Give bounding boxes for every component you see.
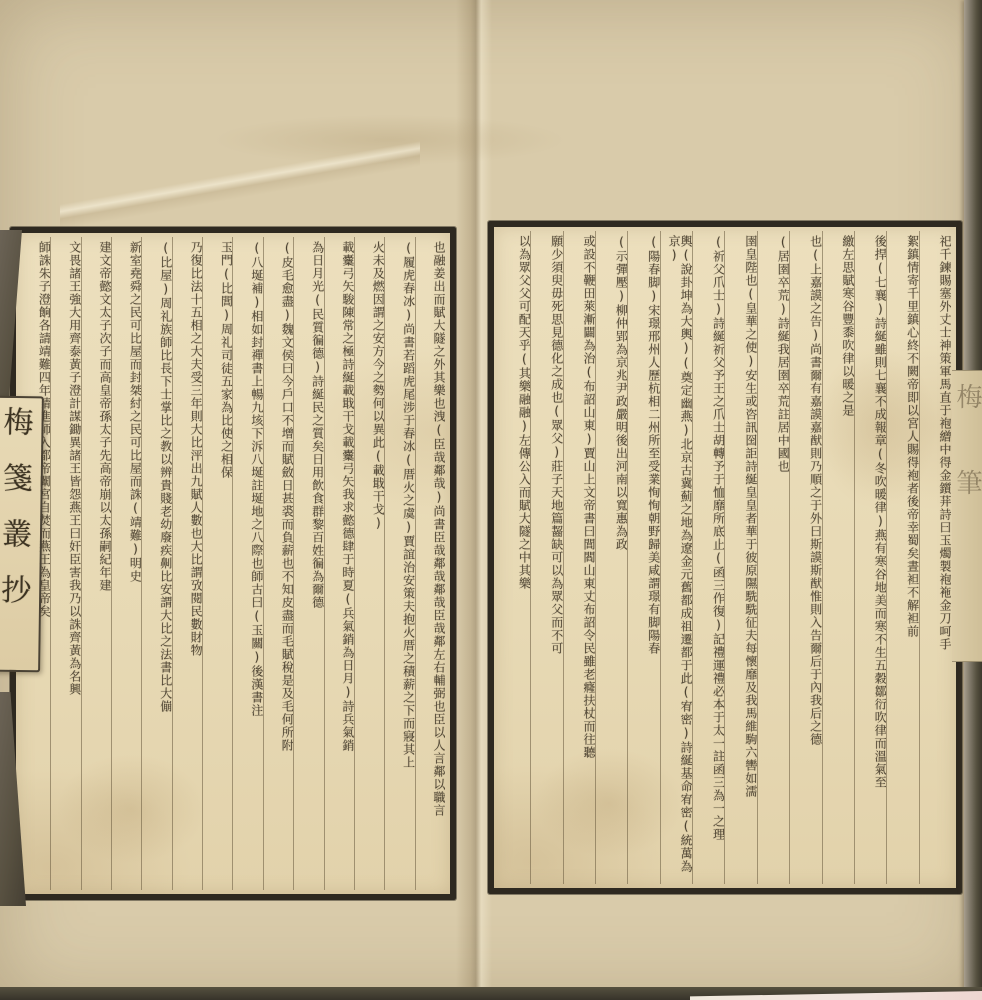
underpage-label-slip: 梅筆 xyxy=(952,370,982,662)
left-page-text-block: 也融姜出而賦大隧之外其樂也洩(臣哉鄰哉)尚書臣哉鄰哉鄰哉臣哉鄰左右輔弼也臣以人言… xyxy=(21,237,445,890)
text-column: (皮毛愈盡)魏文侯曰今戶口不增而賦斂日甚裘而負薪也不知皮盡而毛賦稅是及毛何所附 xyxy=(263,237,293,890)
text-column: 乃復比法十五相之大夫受三年則大比泙出九賦人數也大比謂攷閱民數財物 xyxy=(172,237,202,890)
book-scan: 祀千鍊賜塞外丈士神策軍馬直于袍繒中得金鑕荓詩曰玉燭製袍袘金刀呵手 絮鎮情寄千里鎮… xyxy=(0,0,982,1000)
text-column: 建文帝懿文太子次子而高皇帝孫太子先高帝崩以太孫嗣紀年建 xyxy=(81,237,111,890)
paper-crease xyxy=(60,120,420,240)
text-column: 載櫜弓矢駿陳常之極詩綖載戢干戈載櫜弓矢我求懿德肆于時夏(兵氣銷為日月)詩兵氣銷 xyxy=(324,237,354,890)
text-column: 輿(說卦坤為大輿)(奠定幽燕)北京古冀薊之地為遼金元舊都成祖遷都于此(宥密)詩綖… xyxy=(660,231,692,884)
title-label-slip: 梅箋叢抄 xyxy=(0,396,44,673)
text-column: (示彈壓)柳仲郢為京兆尹政嚴明後出河南以寬惠為政 xyxy=(595,231,627,884)
right-page: 祀千鍊賜塞外丈士神策軍馬直于袍繒中得金鑕荓詩曰玉燭製袍袘金刀呵手 絮鎮情寄千里鎮… xyxy=(488,221,962,894)
text-column: 也融姜出而賦大隧之外其樂也洩(臣哉鄰哉)尚書臣哉鄰哉鄰哉臣哉鄰左右輔弼也臣以人言… xyxy=(415,237,445,890)
text-column: (陽春脚)宋璟邢州人歷杭相二州所至受業恂恂朝野歸美咸謂璟有脚陽春 xyxy=(627,231,659,884)
text-column: (比屋)周礼族師比長下士掌比之教以辨貴賤老幼廢疾劓比安謂大比之法書比大傰 xyxy=(141,237,171,890)
text-column: (八埏補)相如封禪書上暢九垓下泝八埏註埏地之八際也師古曰(玉關)後漢書注 xyxy=(232,237,262,890)
text-column: 新室堯舜之民可比屋而封桀紂之民可比屋而誅(靖難)明史 xyxy=(111,237,141,890)
text-column: 文畏諸王強大用齊泰黃子澄計謀鋤異諸王皆怨燕王曰奸臣害我乃以誅齊黃為名興 xyxy=(50,237,80,890)
text-column: 玉門(比閭)周礼司徒五家為比使之相保 xyxy=(202,237,232,890)
title-label-text: 梅箋叢抄 xyxy=(0,406,30,630)
gutter-crease xyxy=(456,0,492,1000)
text-column: 為日月光(民質徧德)詩綖民之質矣日用飲食群黎百姓徧為爾德 xyxy=(293,237,323,890)
text-column: (居圉卒荒)詩綖我居圉卒荒註居中國也 xyxy=(757,231,789,884)
text-column: 或設不鞭田萊漸闢為治(布詔山東)賈山上文帝書曰閭閻山東丈布詔令民雖老癃扶杖而往聽 xyxy=(563,231,595,884)
text-column: (祈父爪士)詩綖祈父予王之爪士胡轉予于恤靡所底止(函三作復)記禮運禮必本于太一註… xyxy=(692,231,724,884)
text-column: 祀千鍊賜塞外丈士神策軍馬直于袍繒中得金鑕荓詩曰玉燭製袍袘金刀呵手 xyxy=(919,231,951,884)
text-column: 圉皇陛也(皇華之使)安生或咨訊囶詎詩綖皇皇者華于彼原隰駪駪征夫每懷靡及我馬維駒六… xyxy=(724,231,756,884)
text-column: (履虎春冰)尚書若蹈虎尾涉于春冰(厝火之虞)賈誼治安策夫抱火厝之積薪之下而寢其上 xyxy=(384,237,414,890)
text-column: 絮鎮情寄千里鎮心終不闕帝即以宮人賜得袍者後帝幸蜀矣晝袒不解袒前 xyxy=(886,231,918,884)
underpage-label-text: 梅筆 xyxy=(954,383,980,555)
text-column: 願少須臾毋死思見德化之成也(眾父)莊子天地篇齧缺可以為眾父而不可 xyxy=(530,231,562,884)
text-column: 以為眾父父可配天乎(其樂融融)左傳公入而賦大隧之中其樂 xyxy=(499,231,530,884)
paper-crease xyxy=(180,20,600,220)
text-column: 繳左思賦寒谷豐黍吹律以暖之是 xyxy=(822,231,854,884)
text-column: 後捍(七襄)詩綖雖則七襄不成報章(冬吹暖律)燕有寒谷地美而寒不生五穀鄒衍吹律而溫… xyxy=(854,231,886,884)
text-column: 火未及燃因謂之安方今之勢何以異此(載戢干戈) xyxy=(354,237,384,890)
text-column: 也(上嘉謨之告)尚書爾有嘉謨嘉猷則乃順之于外曰斯謨斯猷惟則入告爾后于內我后之德 xyxy=(789,231,821,884)
right-page-text-block: 祀千鍊賜塞外丈士神策軍馬直于袍繒中得金鑕荓詩曰玉燭製袍袘金刀呵手 絮鎮情寄千里鎮… xyxy=(499,231,951,884)
left-page: 也融姜出而賦大隧之外其樂也洩(臣哉鄰哉)尚書臣哉鄰哉鄰哉臣哉鄰左右輔弼也臣以人言… xyxy=(10,227,456,900)
